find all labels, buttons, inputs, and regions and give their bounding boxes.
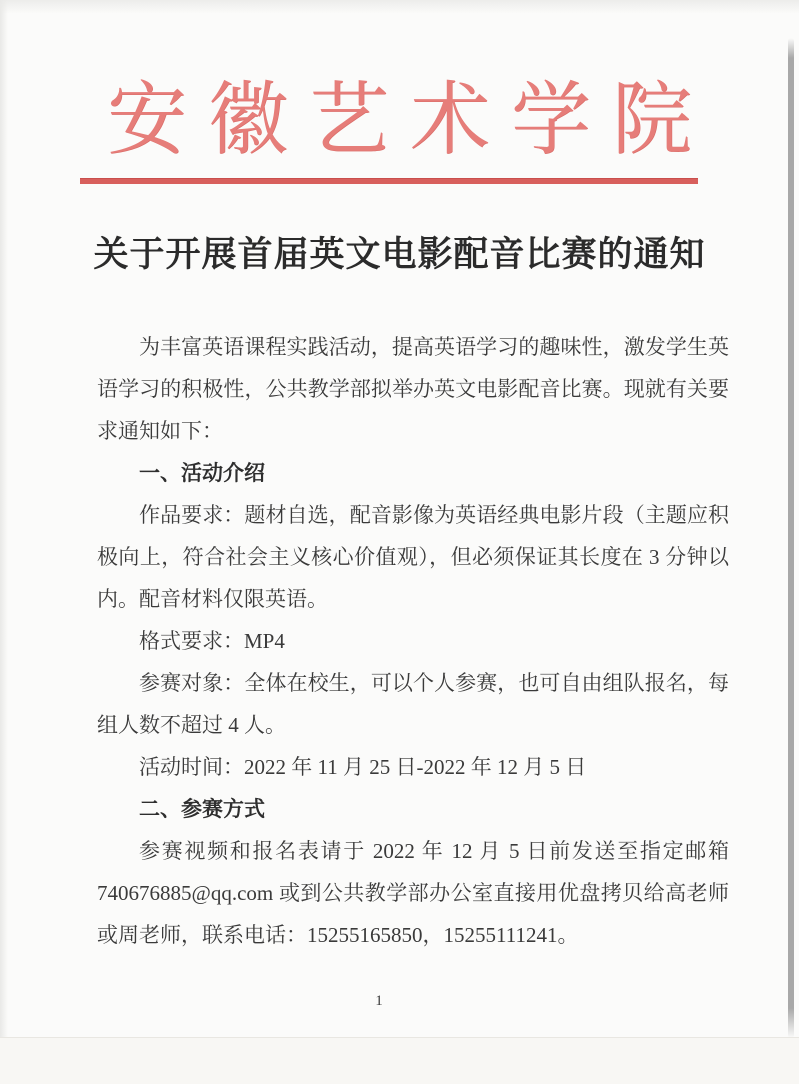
paragraph-participants: 参赛对象：全体在校生，可以个人参赛，也可自由组队报名，每组人数不超过 4 人。: [97, 662, 729, 746]
scan-shadow-top: [0, 0, 799, 14]
paragraph-format: 格式要求：MP4: [97, 620, 729, 662]
paragraph-intro: 为丰富英语课程实践活动，提高英语学习的趣味性，激发学生英语学习的积极性，公共教学…: [97, 326, 729, 452]
document-body: 为丰富英语课程实践活动，提高英语学习的趣味性，激发学生英语学习的积极性，公共教学…: [97, 326, 729, 956]
document-title: 关于开展首届英文电影配音比赛的通知: [0, 233, 799, 277]
school-letterhead: 安徽艺术学院: [0, 78, 799, 164]
section-heading-activity: 一、活动介绍: [97, 452, 729, 494]
paragraph-submission: 参赛视频和报名表请于 2022 年 12 月 5 日前发送至指定邮箱 74067…: [97, 830, 729, 956]
scanned-notice-page: 安徽艺术学院 关于开展首届英文电影配音比赛的通知 为丰富英语课程实践活动，提高英…: [0, 0, 799, 1084]
paragraph-work-requirement: 作品要求：题材自选，配音影像为英语经典电影片段（主题应积极向上，符合社会主义核心…: [97, 494, 729, 620]
paragraph-schedule: 活动时间：2022 年 11 月 25 日-2022 年 12 月 5 日: [97, 746, 729, 788]
scan-edge-right-bar: [788, 38, 794, 1038]
section-heading-entry: 二、参赛方式: [97, 788, 729, 830]
letterhead-rule: [80, 178, 698, 184]
page-number: 1: [0, 993, 758, 1010]
paper-bottom-edge: [0, 1037, 799, 1084]
